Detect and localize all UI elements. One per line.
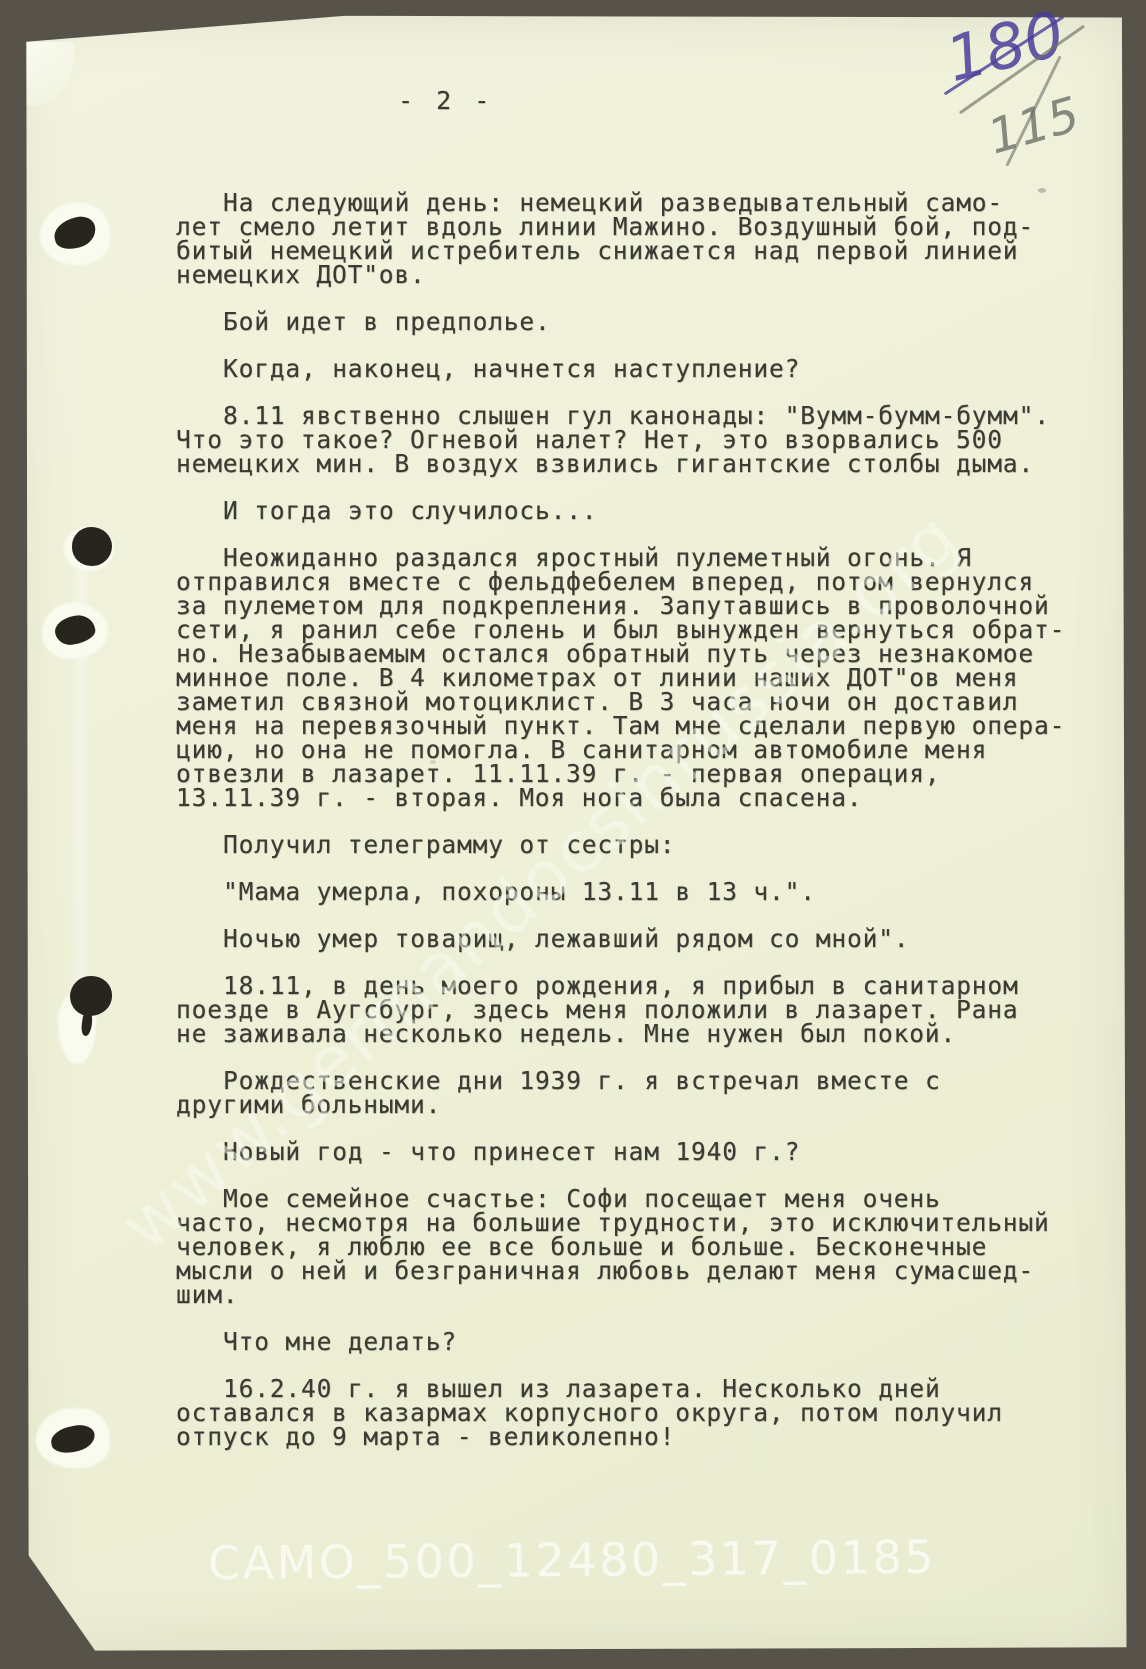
- paragraph: "Мама умерла, похороны 13.11 в 13 ч.".: [176, 880, 1096, 904]
- paragraph: Мое семейное счастье: Софи посещает меня…: [176, 1187, 1096, 1307]
- punch-hole-round: [68, 525, 114, 569]
- paragraph: Бой идет в предполье.: [176, 310, 1096, 334]
- paragraph: Неожиданно раздался яростный пулеметный …: [176, 546, 1096, 810]
- paragraph: 18.11, в день моего рождения, я прибыл в…: [176, 974, 1096, 1046]
- scan-background: - 2 - 180 115 На следующий день: немецки…: [0, 0, 1146, 1669]
- punch-hole-torn: [40, 203, 110, 265]
- paper-corner-curl: [26, 42, 74, 106]
- paragraph: И тогда это случилось...: [176, 499, 1096, 523]
- paragraph: Новый год - что принесет нам 1940 г.?: [176, 1140, 1096, 1164]
- document-body: На следующий день: немецкий разведывател…: [176, 191, 1096, 1472]
- hole-opening: [72, 527, 112, 566]
- paragraph: На следующий день: немецкий разведывател…: [176, 191, 1096, 287]
- paragraph: Получил телеграмму от сестры:: [176, 833, 1096, 857]
- paragraph: Рождественские дни 1939 г. я встречал вм…: [176, 1069, 1096, 1117]
- hole-opening: [70, 976, 112, 1016]
- page-number: - 2 -: [398, 86, 493, 115]
- punch-hole-round-torn: [56, 972, 116, 1067]
- punch-hole-torn: [36, 1408, 110, 1468]
- paragraph: Когда, наконец, начнется наступление?: [176, 357, 1096, 381]
- paragraph: 16.2.40 г. я вышел из лазарета. Нескольк…: [176, 1377, 1096, 1449]
- paragraph: Ночью умер товарищ, лежавший рядом со мн…: [176, 927, 1096, 951]
- punch-hole-torn: [42, 603, 108, 659]
- paragraph: 8.11 явственно слышен гул канонады: "Вум…: [176, 404, 1096, 476]
- paragraph: Что мне делать?: [176, 1330, 1096, 1354]
